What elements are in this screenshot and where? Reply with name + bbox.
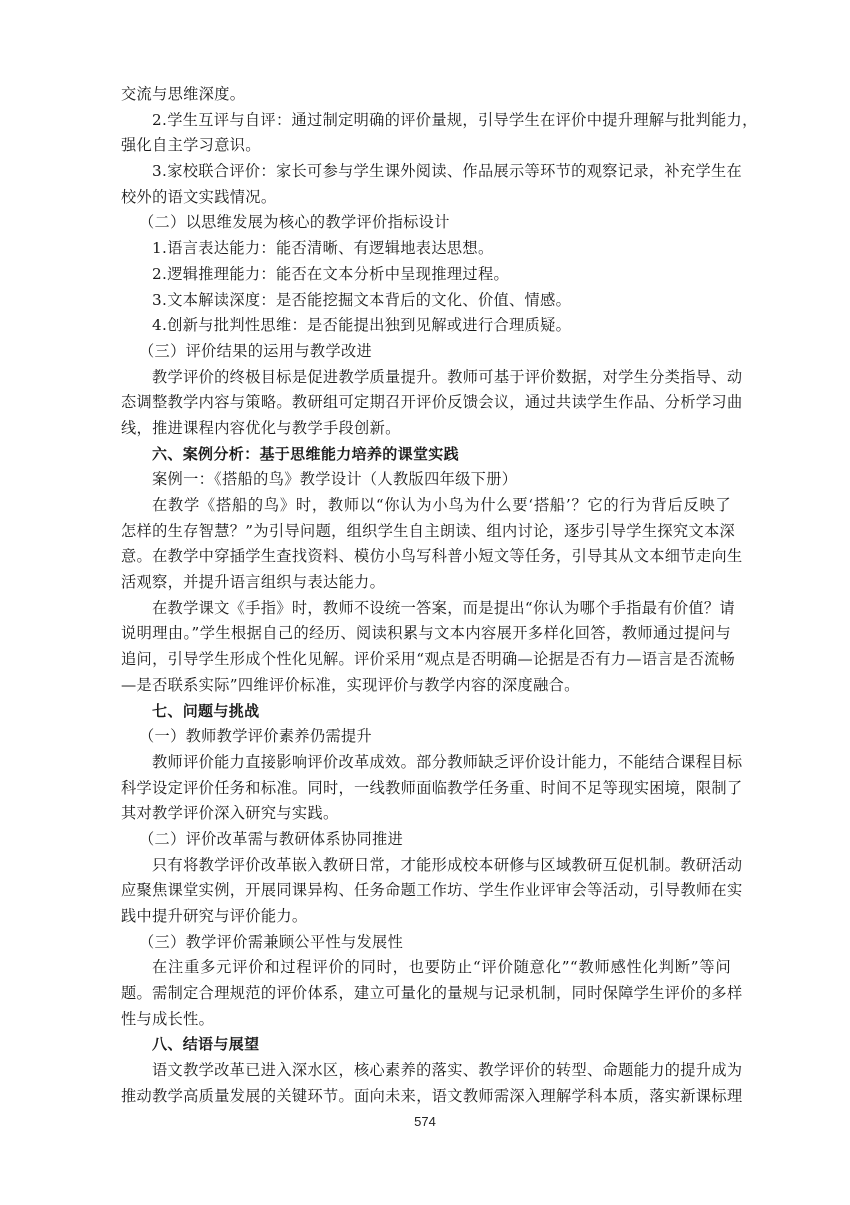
text-line: 2.学生互评与自评：通过制定明确的评价量规，引导学生在评价中提升理解与批判能力， bbox=[121, 108, 731, 134]
text-line: 只有将教学评价改革嵌入教研日常，才能形成校本研修与区域教研互促机制。教研活动 bbox=[121, 853, 731, 879]
section-heading: 八、结语与展望 bbox=[121, 1032, 731, 1058]
text-line: 教师评价能力直接影响评价改革成效。部分教师缺乏评价设计能力，不能结合课程目标 bbox=[121, 750, 731, 776]
text-line: 3.家校联合评价：家长可参与学生课外阅读、作品展示等环节的观察记录，补充学生在 bbox=[121, 159, 731, 185]
text-line: 其对教学评价深入研究与实践。 bbox=[121, 801, 731, 827]
text-line: 活观察，并提升语言组织与表达能力。 bbox=[121, 570, 731, 596]
text-line: 意。在教学中穿插学生查找资料、模仿小鸟写科普小短文等任务，引导其从文本细节走向生 bbox=[121, 544, 731, 570]
document-page: 交流与思维深度。2.学生互评与自评：通过制定明确的评价量规，引导学生在评价中提升… bbox=[121, 82, 731, 1110]
text-line: 怎样的生存智慧？”为引导问题，组织学生自主朗读、组内讨论，逐步引导学生探究文本深 bbox=[121, 519, 731, 545]
text-line: 说明理由。”学生根据自己的经历、阅读积累与文本内容展开多样化回答，教师通过提问与 bbox=[121, 621, 731, 647]
text-line: 性与成长性。 bbox=[121, 1007, 731, 1033]
subsection-heading: （二）评价改革需与教研体系协同推进 bbox=[121, 827, 731, 853]
text-line: 在注重多元评价和过程评价的同时，也要防止“评价随意化”“教师感性化判断”等问 bbox=[121, 955, 731, 981]
subsection-heading: （二）以思维发展为核心的教学评价指标设计 bbox=[121, 210, 731, 236]
section-heading: 六、案例分析：基于思维能力培养的课堂实践 bbox=[121, 442, 731, 468]
text-line: 案例一：《搭船的鸟》教学设计（人教版四年级下册） bbox=[121, 467, 731, 493]
text-line: 2.逻辑推理能力：能否在文本分析中呈现推理过程。 bbox=[121, 262, 731, 288]
text-line: 校外的语文实践情况。 bbox=[121, 185, 731, 211]
text-line: 科学设定评价任务和标准。同时，一线教师面临教学任务重、时间不足等现实困境，限制了 bbox=[121, 776, 731, 802]
text-line: 在教学课文《手指》时，教师不设统一答案，而是提出“你认为哪个手指最有价值？请 bbox=[121, 596, 731, 622]
text-line: 1.语言表达能力：能否清晰、有逻辑地表达思想。 bbox=[121, 236, 731, 262]
text-line: 3.文本解读深度：是否能挖掘文本背后的文化、价值、情感。 bbox=[121, 288, 731, 314]
text-line: 态调整教学内容与策略。教研组可定期召开评价反馈会议，通过共读学生作品、分析学习曲 bbox=[121, 390, 731, 416]
text-line: 交流与思维深度。 bbox=[121, 82, 731, 108]
text-line: 践中提升研究与评价能力。 bbox=[121, 904, 731, 930]
text-line: —是否联系实际”四维评价标准，实现评价与教学内容的深度融合。 bbox=[121, 673, 731, 699]
text-line: 强化自主学习意识。 bbox=[121, 133, 731, 159]
subsection-heading: （一）教师教学评价素养仍需提升 bbox=[121, 724, 731, 750]
text-line: 4.创新与批判性思维：是否能提出独到见解或进行合理质疑。 bbox=[121, 313, 731, 339]
page-number: 574 bbox=[0, 1114, 850, 1129]
text-line: 应聚焦课堂实例，开展同课异构、任务命题工作坊、学生作业评审会等活动，引导教师在实 bbox=[121, 878, 731, 904]
text-line: 推动教学高质量发展的关键环节。面向未来，语文教师需深入理解学科本质，落实新课标理 bbox=[121, 1084, 731, 1110]
text-line: 语文教学改革已进入深水区，核心素养的落实、教学评价的转型、命题能力的提升成为 bbox=[121, 1058, 731, 1084]
text-line: 题。需制定合理规范的评价体系，建立可量化的量规与记录机制，同时保障学生评价的多样 bbox=[121, 981, 731, 1007]
section-heading: 七、问题与挑战 bbox=[121, 699, 731, 725]
text-line: 教学评价的终极目标是促进教学质量提升。教师可基于评价数据，对学生分类指导、动 bbox=[121, 365, 731, 391]
text-line: 在教学《搭船的鸟》时，教师以“你认为小鸟为什么要‘搭船’？它的行为背后反映了 bbox=[121, 493, 731, 519]
subsection-heading: （三）教学评价需兼顾公平性与发展性 bbox=[121, 930, 731, 956]
subsection-heading: （三）评价结果的运用与教学改进 bbox=[121, 339, 731, 365]
text-line: 线，推进课程内容优化与教学手段创新。 bbox=[121, 416, 731, 442]
text-line: 追问，引导学生形成个性化见解。评价采用“观点是否明确—论据是否有力—语言是否流畅 bbox=[121, 647, 731, 673]
